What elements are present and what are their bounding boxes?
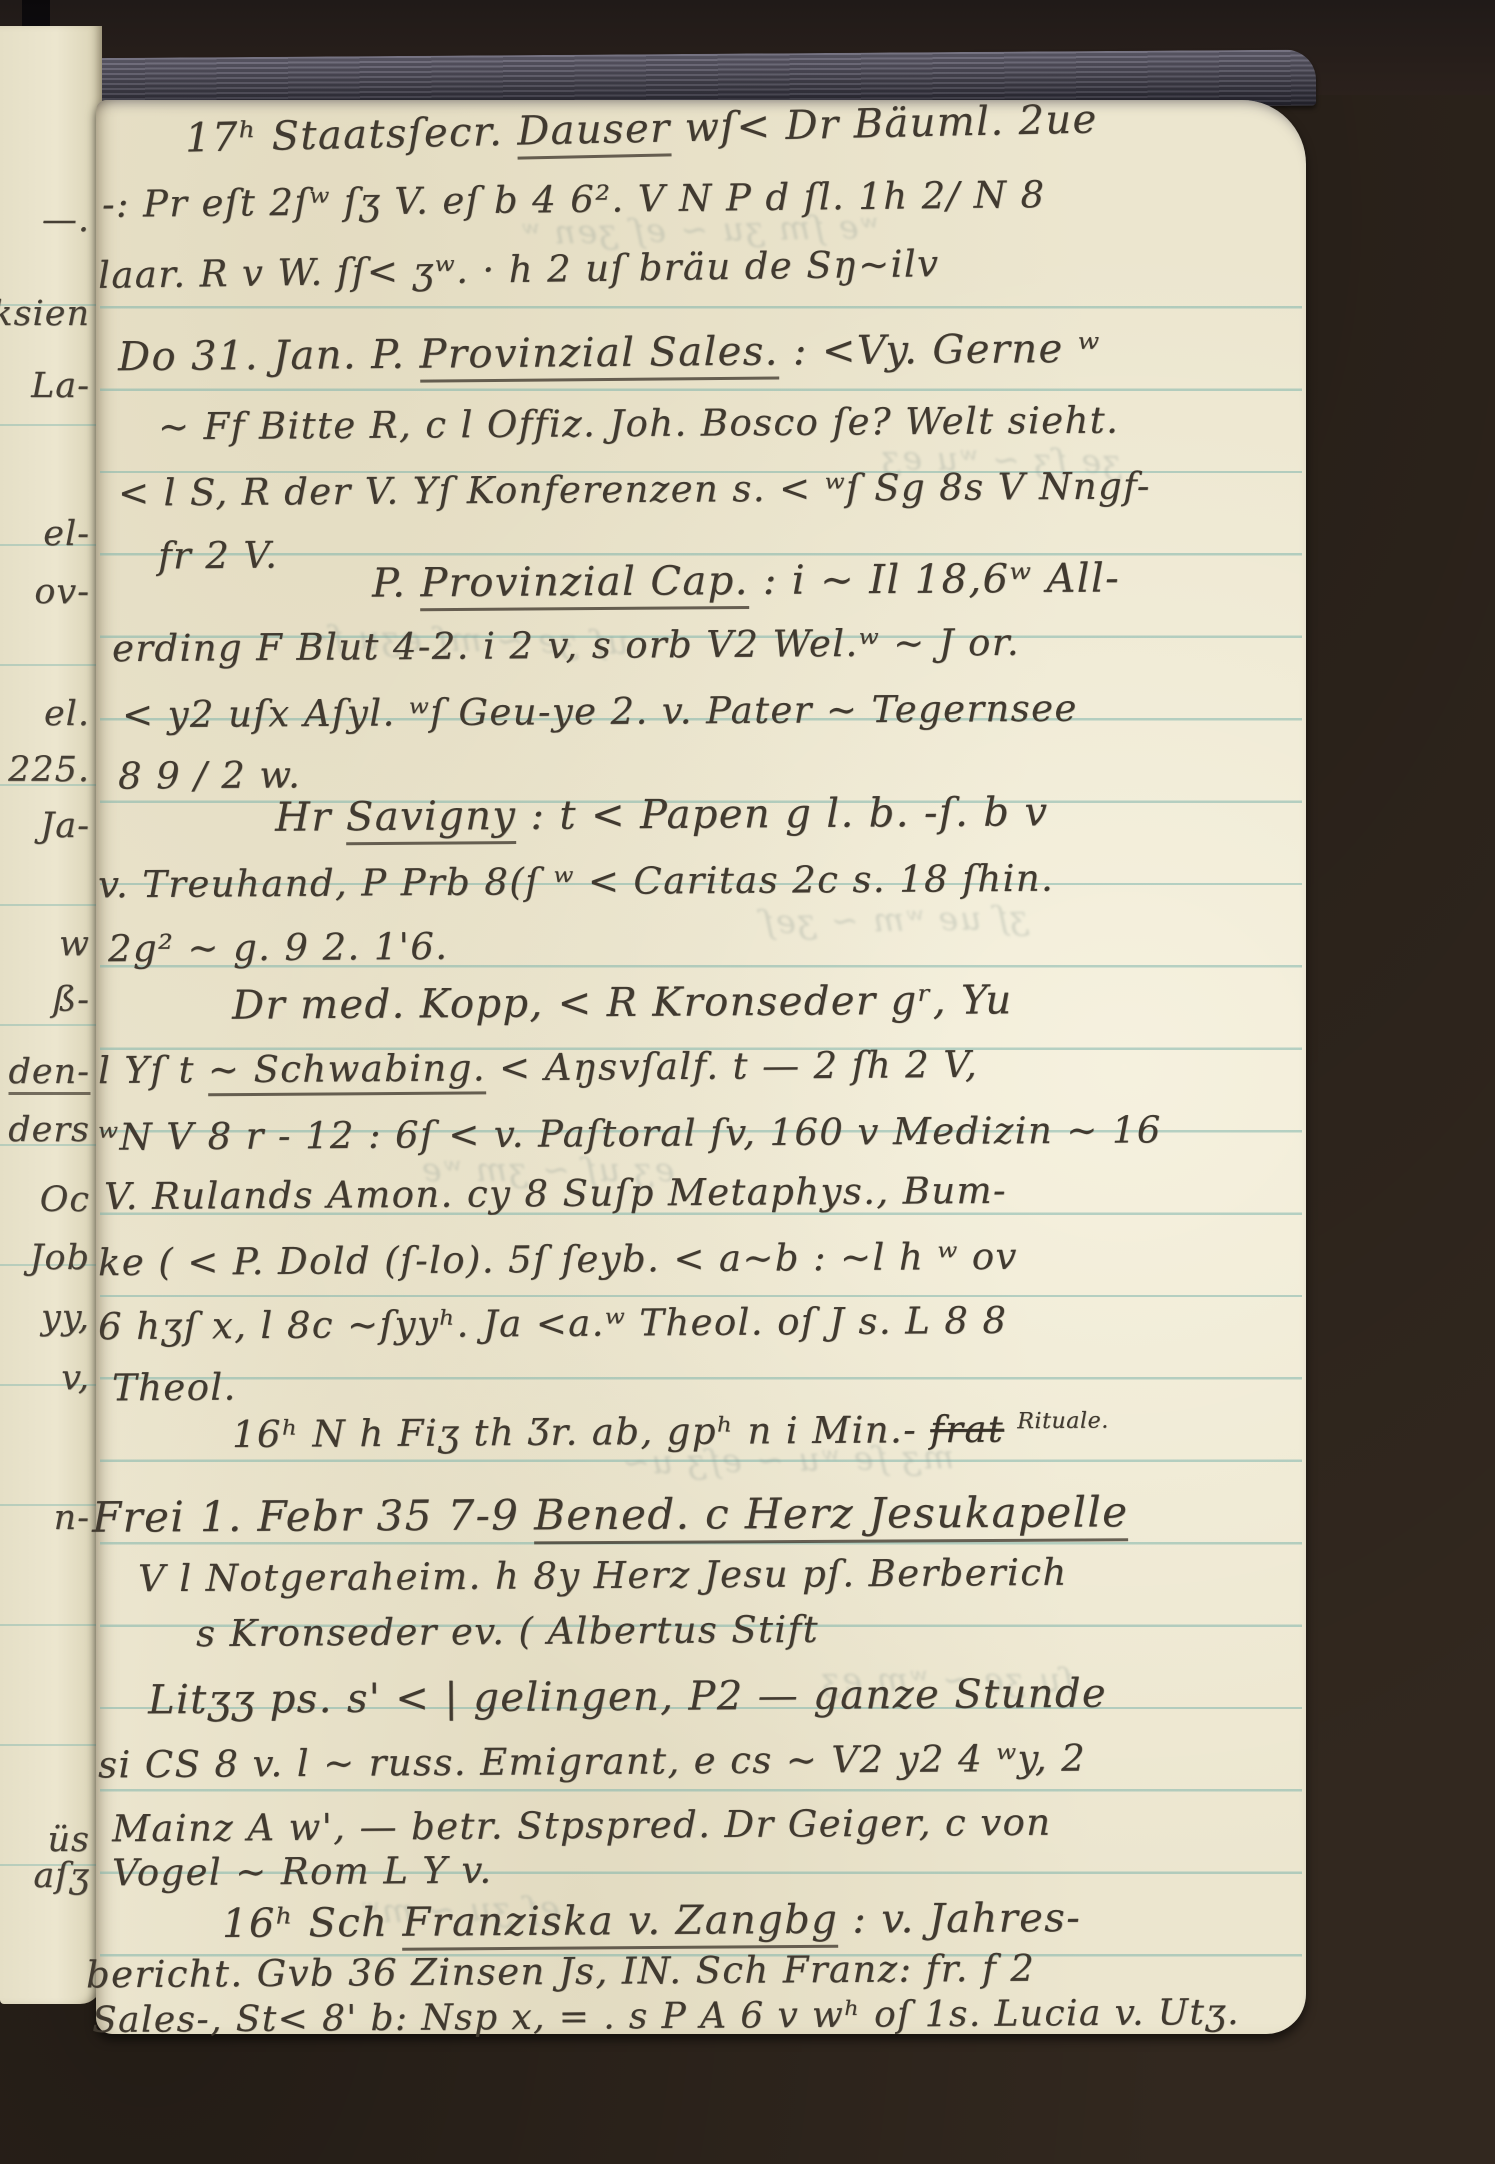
facing-page-rule-lines xyxy=(0,186,102,1974)
notebook-page xyxy=(96,100,1306,2034)
ruled-lines xyxy=(100,226,1302,2016)
facing-page-edge-strip xyxy=(0,26,102,2004)
scanned-notebook-scene: ʷe ſm ʒu ~ eſ ʒen ʷʒe ſʒ ~ ʷu eʒuſ ʒe ~ … xyxy=(0,0,1495,2164)
